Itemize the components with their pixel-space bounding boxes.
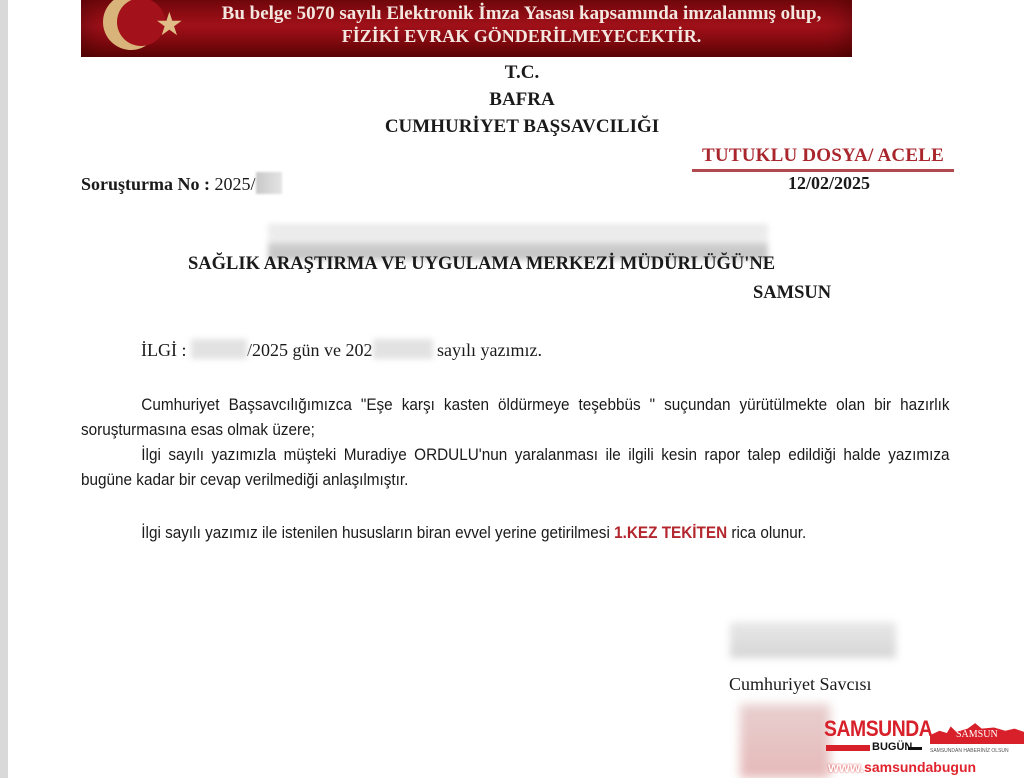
recipient-city: SAMSUN [753, 283, 831, 304]
reference-line: İLGİ : /2025 gün ve 202 sayılı yazımız. [141, 339, 542, 361]
watermark-sub: BUGÜN [872, 741, 912, 753]
case-number-value: 2025/ [215, 174, 256, 194]
body-paragraph-3: İlgi sayılı yazımız ile istenilen hususl… [81, 520, 950, 545]
header-office: CUMHURİYET BAŞSAVCILIĞI [10, 116, 1024, 138]
redaction-blur [256, 172, 282, 194]
watermark-tagline: SAMSUNDAN HABERİNİZ OLSUN [930, 748, 1009, 754]
reference-label: İLGİ [141, 340, 177, 360]
urgency-label: TUTUKLU DOSYA/ ACELE [692, 144, 954, 172]
banner-line-2: FİZİKİ EVRAK GÖNDERİLMEYECEKTİR. [201, 26, 842, 47]
redaction-blur-signer [730, 622, 896, 658]
signer-title: Cumhuriyet Savcısı [729, 674, 872, 695]
star-icon: ★ [155, 8, 184, 40]
watermark-url: www.samsundabugun [828, 759, 976, 775]
redaction-blur-signature [740, 704, 830, 778]
body-paragraph-2: İlgi sayılı yazımızla müşteki Muradiye O… [81, 442, 950, 492]
redaction-blur [191, 339, 247, 359]
left-edge-strip [0, 0, 8, 778]
banner-line-1: Bu belge 5070 sayılı Elektronik İmza Yas… [201, 3, 842, 25]
reminder-emphasis: 1.KEZ TEKİTEN [614, 523, 727, 542]
recipient-name: SAĞLIK ARAŞTIRMA VE UYGULAMA MERKEZİ MÜD… [188, 254, 775, 275]
watermark-logo: SAMSUNDA BUGÜN SAMSUN SAMSUNDAN HABERİNİ… [822, 716, 1024, 778]
header-district: BAFRA [10, 89, 1024, 111]
case-number: Soruşturma No : 2025/ [81, 172, 282, 195]
document-date: 12/02/2025 [788, 173, 870, 194]
header-country: T.C. [10, 62, 1024, 84]
case-number-label: Soruşturma No [81, 174, 200, 194]
watermark-brand: SAMSUNDA [824, 716, 932, 742]
e-signature-banner: ★ Bu belge 5070 sayılı Elektronik İmza Y… [81, 0, 852, 57]
redaction-blur [373, 339, 433, 359]
body-paragraph-1: Cumhuriyet Başsavcılığımızca "Eşe karşı … [81, 392, 950, 442]
